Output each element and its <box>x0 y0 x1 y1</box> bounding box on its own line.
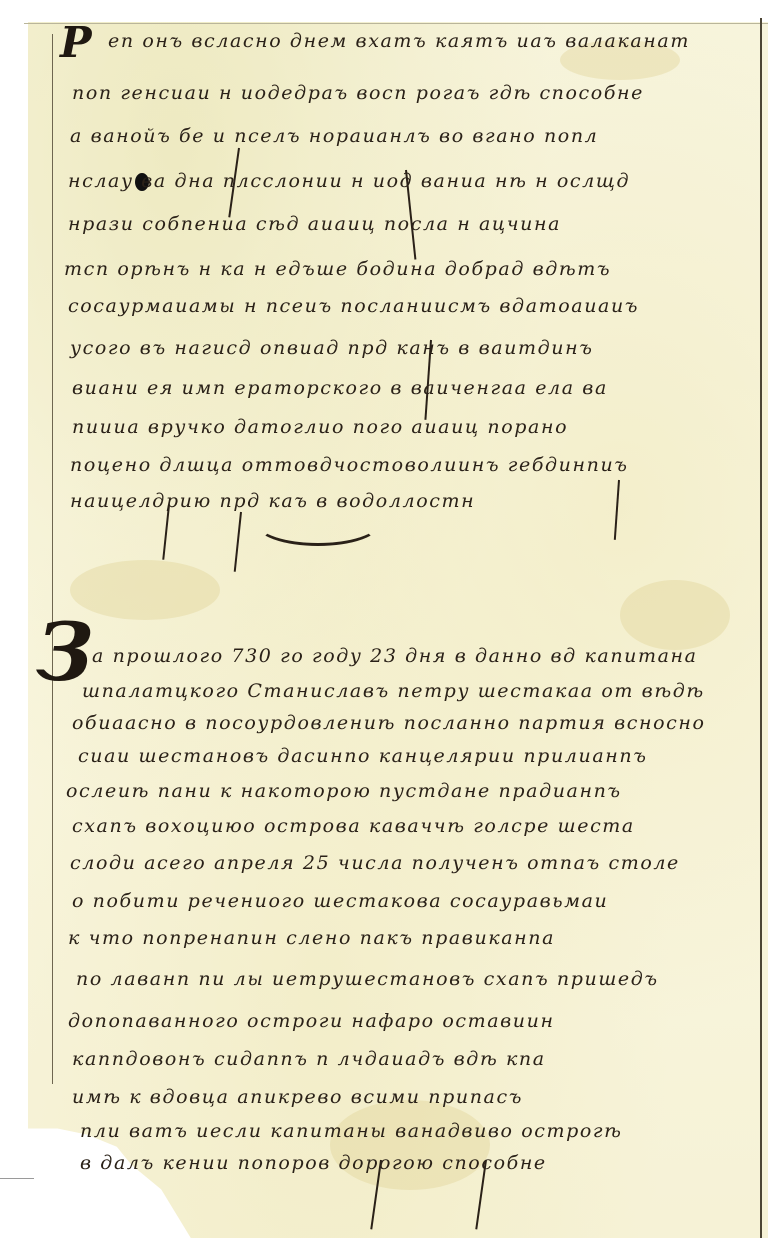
text-line: шпалатцкого Станиславъ петру шестакаа от… <box>82 680 705 702</box>
text-line: в далъ кении попоров дорогою способне <box>80 1152 547 1174</box>
text-line: пли ватъ иесли капитаны ванадвиво острог… <box>80 1120 623 1142</box>
text-line: усого въ нагисд опвиад прд канъ в ваитди… <box>70 337 594 359</box>
text-line: допопаванного остроги нафаро оставиин <box>68 1010 555 1032</box>
text-line: сиаи шестановъ дасинпо канцелярии прилиа… <box>78 745 647 767</box>
text-line: нрази собпениа сѣд аиаиц посла н ацчина <box>68 213 561 235</box>
text-line: имѣ к вдовца апикрево всими припасъ <box>72 1086 523 1108</box>
text-line: а ванойъ бе и пселъ нораианлъ во вгано п… <box>70 125 598 147</box>
right-edge-rule <box>760 18 762 1238</box>
text-line: по лаванп пи лы иетрушестановъ схапъ при… <box>76 968 659 990</box>
text-line: нслау ва дна плсслонии н иод ваниа нѣ н … <box>68 170 630 192</box>
top-edge-rule <box>24 23 768 24</box>
text-line: поцено длшца оттовдчостоволиинъ гебдинпи… <box>70 454 629 476</box>
text-line: виани ея имп ераторского в ваиченгаа ела… <box>72 377 608 399</box>
text-line: о побити речениого шестакова сосауравьма… <box>72 890 608 912</box>
paper-stain <box>620 580 730 650</box>
text-line: каппдовонъ сидаппъ п лчдаиадъ вдѣ кпа <box>72 1048 546 1070</box>
text-line: пиииа вручко датоглио пого аиаиц порано <box>72 416 568 438</box>
text-line: а прошлого 730 го году 23 дня в данно вд… <box>92 645 698 667</box>
torn-corner-edge <box>0 1178 34 1179</box>
left-margin-rule <box>52 34 53 1084</box>
text-line: обиаасно в посоурдовлениѣ посланно парти… <box>72 712 706 734</box>
text-line: к что попренапин слено пакъ правиканпа <box>68 927 555 949</box>
text-line: еп онъ всласно днем вхатъ каятъ иаъ вала… <box>108 30 690 52</box>
signature-flourish <box>255 500 381 546</box>
text-line: поп генсиаи н иодедраъ восп рогаъ гдѣ сп… <box>72 82 644 104</box>
text-line: ослеиѣ пани к накоторою пустдане прадиан… <box>66 780 622 802</box>
text-line: сосаурмаиамы н псеиъ посланиисмъ вдатоаи… <box>68 295 639 317</box>
text-line: тсп орѣнъ н ка н едъше бодина добрад вдѣ… <box>64 258 611 280</box>
paper-stain <box>330 1100 490 1190</box>
text-line: схапъ вохоциюо острова каваччѣ голсре ше… <box>72 815 635 837</box>
text-line: слоди асего апреля 25 числа полученъ отп… <box>70 852 680 874</box>
paragraph-initial: Р <box>60 18 92 67</box>
